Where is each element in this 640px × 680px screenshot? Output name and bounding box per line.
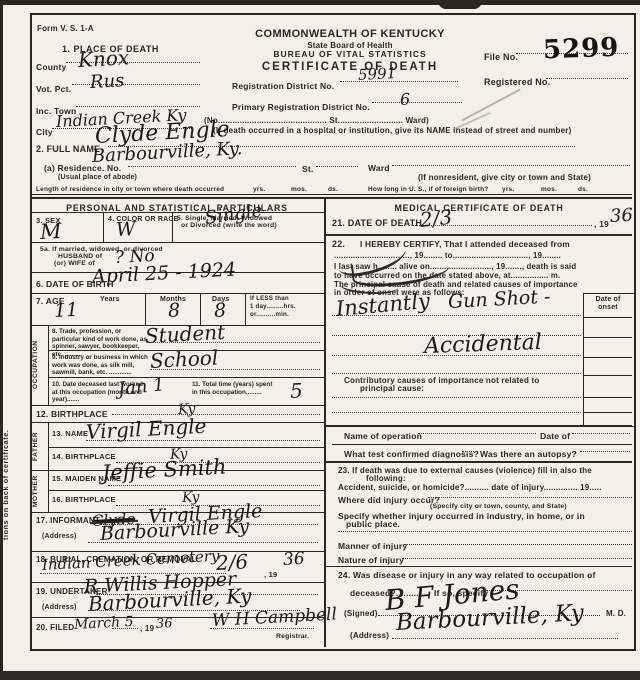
onset-line-6 bbox=[584, 412, 632, 413]
filed-line bbox=[112, 628, 138, 629]
filed-date-value: March 5 bbox=[74, 614, 134, 633]
mother-name-line bbox=[108, 485, 320, 486]
mother-side-label: MOTHER bbox=[32, 472, 46, 510]
margin-note: tions on back of certificate. bbox=[1, 330, 14, 640]
right-column-title: MEDICAL CERTIFICATE OF DEATH bbox=[326, 203, 632, 213]
bureau-title: BUREAU OF VITAL STATISTICS bbox=[225, 49, 475, 59]
column-divider bbox=[324, 197, 326, 647]
informant-addr-label: (Address) bbox=[42, 533, 76, 540]
file-no-label: File No. bbox=[484, 52, 518, 62]
onset-line-1 bbox=[584, 317, 632, 318]
date-of-death-label: 21. DATE OF DEATH bbox=[332, 218, 422, 228]
sex-value: M bbox=[39, 219, 62, 244]
age-years-value: 11 bbox=[53, 299, 78, 322]
registered-no-line bbox=[546, 78, 628, 79]
primary-reg-value: 6 bbox=[400, 89, 411, 109]
nature-label: Nature of injury bbox=[338, 555, 404, 565]
total-time-label: 11. Total time (years) spent in this occ… bbox=[192, 381, 278, 396]
race-value: W bbox=[115, 218, 136, 241]
dod-year-printed: , 19 bbox=[594, 219, 609, 229]
length-ds: ds. bbox=[328, 186, 338, 193]
contributory-line-2: principal cause: bbox=[360, 384, 424, 393]
total-time-value: 5 bbox=[289, 378, 303, 403]
q23-line-4: Where did injury occur? bbox=[338, 495, 440, 505]
father-bp-label: 14. BIRTHPLACE bbox=[52, 452, 116, 461]
us-mos: mos. bbox=[541, 186, 557, 193]
l-vline-days bbox=[245, 293, 246, 325]
l-line-212 bbox=[30, 212, 324, 213]
onset-line-2 bbox=[584, 337, 632, 338]
less-label-2: 1 day.........hrs. bbox=[250, 303, 296, 310]
scan-edge-bottom bbox=[0, 671, 640, 680]
r-line-425 bbox=[326, 425, 632, 427]
industry-line bbox=[150, 369, 320, 370]
us-yrs: yrs. bbox=[502, 186, 514, 193]
informant-addr-line bbox=[88, 542, 318, 543]
father-side-label: FATHER bbox=[32, 424, 46, 468]
residence-line bbox=[128, 166, 296, 167]
autopsy-label: Was there an autopsy? bbox=[480, 449, 577, 459]
r-line-234 bbox=[326, 234, 632, 236]
onset-line-3 bbox=[584, 357, 632, 358]
less-label-1: If LESS than bbox=[250, 295, 289, 302]
hospital-note: (If death occurred in a hospital or inst… bbox=[213, 126, 571, 135]
age-days-value: 8 bbox=[213, 299, 226, 322]
autopsy-line bbox=[580, 451, 630, 452]
primary-reg-label: Primary Registration District No. bbox=[232, 102, 370, 112]
filed-label: 20. FILED bbox=[36, 623, 74, 632]
operation-line bbox=[418, 433, 536, 434]
burial-year-printed: , 19 bbox=[264, 570, 277, 579]
q23-line-5: (Specify city or town, county, and State… bbox=[430, 503, 567, 510]
industry-label: 9. Industry or business in which work wa… bbox=[52, 354, 148, 377]
md-label: M. D. bbox=[606, 609, 626, 618]
st-line bbox=[316, 166, 358, 167]
q23-blank-line bbox=[338, 531, 632, 532]
date-of-onset-box bbox=[583, 293, 635, 427]
q23-line-7: public place. bbox=[346, 519, 400, 529]
q23-line-3: Accident, suicide, or homicide?.........… bbox=[338, 483, 602, 492]
scan-edge-top bbox=[0, 0, 640, 5]
l-line-377 bbox=[48, 377, 324, 378]
contributory-blank-2 bbox=[332, 412, 581, 413]
date-of-death-value: 2/3 bbox=[419, 205, 454, 232]
contributory-blank-1 bbox=[332, 397, 581, 398]
registered-no-label: Registered No. bbox=[484, 77, 550, 87]
form-number: Form V. S. 1-A bbox=[37, 24, 94, 33]
nonresident-note: (If nonresident, give city or town and S… bbox=[418, 173, 591, 182]
burial-year-value: 36 bbox=[282, 549, 305, 570]
length-yrs: yrs. bbox=[253, 186, 265, 193]
l-vline-parents bbox=[48, 422, 49, 512]
test-line bbox=[462, 451, 478, 452]
l-line-293 bbox=[30, 293, 324, 294]
age-months-value: 8 bbox=[167, 299, 180, 322]
no-st-ward-note: (No.....................................… bbox=[204, 116, 429, 125]
rule-top-1 bbox=[30, 194, 632, 195]
test-label: What test confirmed diagnosis? bbox=[344, 449, 479, 459]
father-name-line bbox=[86, 440, 320, 441]
husband-label-3: (or) WIFE of bbox=[54, 260, 95, 267]
length-residence-label: Length of residence in city or town wher… bbox=[36, 186, 224, 193]
reg-district-value: 5991 bbox=[358, 64, 397, 84]
r-line-444 bbox=[332, 444, 632, 445]
vot-pct-label: Vot. Pct. bbox=[36, 84, 71, 94]
city-label: City bbox=[36, 127, 53, 137]
occupation-side-label: OCCUPATION bbox=[32, 328, 46, 402]
r-line-461 bbox=[326, 461, 632, 463]
dod-year-value: 36 bbox=[609, 205, 633, 227]
injury-occur-line bbox=[428, 497, 632, 498]
operation-label: Name of operation bbox=[344, 431, 422, 441]
scan-edge-blob bbox=[438, 0, 482, 9]
r-line-566 bbox=[326, 566, 632, 567]
trade-line bbox=[150, 342, 320, 343]
death-certificate-scan: tions on back of certificate. Form V. S.… bbox=[0, 0, 640, 680]
operation-date-line bbox=[572, 433, 630, 434]
operation-date-label: Date of bbox=[540, 431, 570, 441]
signed-label: (Signed) bbox=[344, 609, 378, 618]
certificate-title: CERTIFICATE OF DEATH bbox=[225, 61, 475, 73]
physician-addr-line bbox=[392, 638, 618, 639]
mother-bp-label: 16. BIRTHPLACE bbox=[52, 495, 116, 504]
registrar-label: Registrar. bbox=[276, 633, 309, 640]
trade-value: Student bbox=[144, 320, 225, 348]
manner-label: Manner of injury bbox=[338, 541, 407, 551]
l-vline-occ bbox=[48, 325, 49, 405]
ward-line bbox=[392, 165, 630, 166]
onset-line-4 bbox=[584, 375, 632, 376]
file-no-stamp: 5299 bbox=[542, 33, 619, 66]
abode-note: (Usual place of abode) bbox=[58, 174, 137, 181]
father-name-label: 13. NAME bbox=[52, 429, 88, 438]
nature-line bbox=[402, 558, 632, 559]
filed-year-value: 36 bbox=[156, 616, 173, 632]
l-line-242 bbox=[30, 242, 324, 243]
county-label: County bbox=[36, 62, 66, 72]
primary-reg-line bbox=[372, 102, 462, 103]
length-mos: mos. bbox=[291, 186, 307, 193]
onset-label-1: Date of bbox=[583, 296, 633, 303]
physician-addr-label: (Address) bbox=[350, 631, 389, 640]
vot-pct-value: Rus bbox=[89, 70, 124, 93]
undertaker-addr-label: (Address) bbox=[42, 604, 76, 611]
commonwealth-title: COMMONWEALTH OF KENTUCKY bbox=[225, 28, 475, 40]
cause-line-4 bbox=[332, 373, 581, 374]
us-length-label: How long in U. S., if of foreign birth? bbox=[368, 186, 488, 193]
onset-label-2: onset bbox=[583, 304, 633, 311]
husband-label-2: HUSBAND of bbox=[58, 253, 102, 260]
l-vline-years bbox=[145, 293, 146, 325]
l-vline-sex bbox=[103, 212, 104, 242]
age-years-label: Years bbox=[100, 296, 120, 303]
registrar-line bbox=[210, 628, 314, 629]
onset-line-5 bbox=[584, 397, 632, 398]
ward-label: Ward bbox=[368, 163, 390, 173]
rule-top-2 bbox=[30, 197, 632, 199]
st-label: St. bbox=[302, 164, 313, 174]
filed-year-printed: , 19 bbox=[140, 624, 154, 633]
certify-number: 22. bbox=[332, 239, 345, 249]
manner-line bbox=[404, 544, 632, 545]
q23-line-2: following: bbox=[366, 474, 406, 483]
reg-district-label: Registration District No. bbox=[232, 81, 334, 91]
us-ds: ds. bbox=[578, 186, 588, 193]
cause-value-3: Accidental bbox=[424, 330, 543, 359]
less-label-3: or..........min. bbox=[250, 311, 289, 318]
birthplace-line bbox=[112, 414, 320, 415]
birthplace-label: 12. BIRTHPLACE bbox=[36, 409, 108, 419]
county-value: Knox bbox=[77, 45, 129, 72]
